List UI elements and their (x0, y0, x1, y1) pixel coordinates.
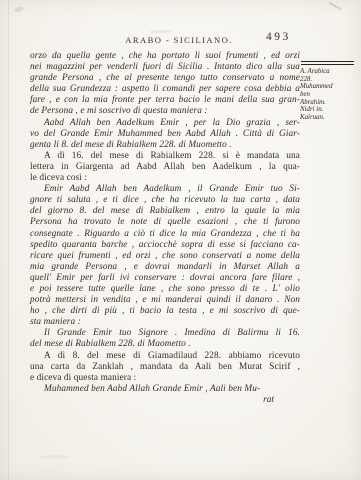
text-line: ho , che dirti di più , ti bacio la test… (30, 306, 300, 317)
margin-note-line: ben (300, 91, 359, 99)
text-line: ricare quei frumenti , ed orzi , che son… (30, 251, 300, 262)
margin-note-text: A. Arabica228.MuhammedbenAbrahim.Nidri i… (300, 68, 359, 122)
margin-note-line: 228. (300, 76, 359, 84)
margin-note-line: A. Arabica (300, 68, 359, 76)
margin-note-line: Muhammed (300, 83, 359, 91)
margin-note-line: Abrahim. (300, 99, 359, 107)
paragraph: Emir Aabd Allah ben Aadelkum , il Grande… (30, 184, 300, 328)
margin-note-rule (301, 61, 354, 65)
text-line: Emir Aabd Allah ben Aadelkum , il Grande… (30, 184, 300, 195)
margin-note-line: Kairuan. (300, 114, 359, 122)
running-header-title: ARABO - SICILIANO. (96, 35, 262, 45)
text-line: genta li 8. del mese di Rabialkem 228. d… (30, 140, 300, 151)
text-line: Aabd Allah ben Aadelkum Emir , per la Di… (30, 118, 300, 129)
text-line: fare , e con la mia fronte per terra bac… (30, 95, 300, 106)
text-line: Persona ha trovato le note di quelle esa… (30, 217, 300, 228)
text-line: del mese di Rabialkem 228. di Maometto . (30, 339, 300, 350)
scan-artifact (328, 2, 341, 10)
text-line: Il Grande Emir tuo Signore . Imedina di … (30, 328, 300, 339)
text-line: mia grande Persona , e dovrai mandarli i… (30, 262, 300, 273)
text-line: una carta da Zanklah , mandata da Aali b… (30, 362, 300, 373)
text-line: spedito quaranta barche , acciocchè sopr… (30, 240, 300, 251)
paragraph: Aabd Allah ben Aadelkum Emir , per la Di… (30, 118, 300, 151)
text-line: della sua Grandezza : aspetto li comandi… (30, 84, 300, 95)
text-line: quell' Emir per farli ivi conservare : d… (30, 273, 300, 284)
text-line: potrà mettersi in vendita , e mi mandera… (30, 295, 300, 306)
scan-artifact (14, 6, 25, 13)
body-text: orzo da quella gente , che ha portato li… (30, 51, 300, 406)
paragraph: Muhammed ben Aabd Allah Grande Emir , Aa… (30, 384, 300, 395)
text-line: A dì 16. del mese di Rabialkem 228. si è… (30, 151, 300, 162)
catchword: rat (30, 395, 300, 406)
book-page: ARABO - SICILIANO. 493 A. Arabica228.Muh… (0, 0, 361, 480)
text-line: A dì 8. del mese di Giamadilaud 228. abb… (30, 351, 300, 362)
scan-artifact (40, 455, 70, 459)
text-line: sta maniera : (30, 317, 300, 328)
text-line: grande Persona , che al presente tengo t… (30, 73, 300, 84)
text-line: orzo da quella gente , che ha portato li… (30, 51, 300, 62)
text-line: Muhammed ben Aabd Allah Grande Emir , Aa… (30, 384, 300, 395)
paragraph: A dì 8. del mese di Giamadilaud 228. abb… (30, 351, 300, 384)
text-line: del giorno 8. del mese di Rabialkem , en… (30, 206, 300, 217)
margin-note-line: Nidri in. (300, 106, 359, 114)
margin-note: A. Arabica228.MuhammedbenAbrahim.Nidri i… (300, 61, 359, 122)
scan-artifact (150, 29, 172, 34)
text-line: de Persona , e mi soscrivo di questa man… (30, 106, 300, 117)
text-line: e diceva di questa maniera : (30, 373, 300, 384)
paragraph: A dì 16. del mese di Rabialkem 228. si è… (30, 151, 300, 184)
page-edge-line (8, 0, 9, 480)
text-line: consegnate . Riguardo a ciò ti dice la m… (30, 229, 300, 240)
page-number: 493 (266, 31, 291, 43)
paragraph: Il Grande Emir tuo Signore . Imedina di … (30, 328, 300, 350)
text-line: nei magazzini per venderli fuori di Sici… (30, 62, 300, 73)
text-line: lettera in Giargenta ad Aabd Allah ben A… (30, 162, 300, 173)
paragraph: orzo da quella gente , che ha portato li… (30, 51, 300, 118)
text-line: e poi tessere tutte quelle lane , che so… (30, 284, 300, 295)
text-line: vo del Grande Emir Muhammed ben Aabd All… (30, 129, 300, 140)
text-line: le diceva così : (30, 173, 300, 184)
text-line: gnore ti saluta , e ti dice , che ha ric… (30, 195, 300, 206)
